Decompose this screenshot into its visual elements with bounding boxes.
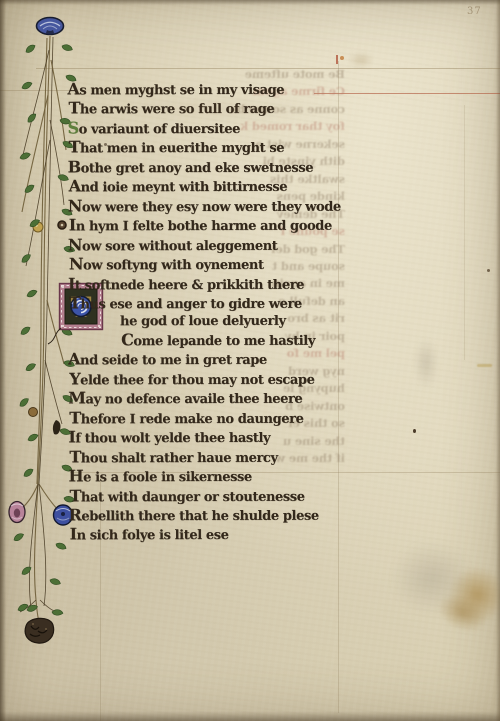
top-blue-flower [37, 18, 64, 35]
left-pink-flower [9, 502, 25, 523]
poem-line: And ioie meynt with bittirnesse [69, 177, 344, 197]
leaf [24, 43, 36, 53]
leaf [19, 325, 31, 335]
page-edge-left [0, 0, 6, 721]
line-capital: N [68, 196, 82, 215]
line-capital: H [68, 466, 83, 485]
red-ruling-tick [336, 55, 338, 64]
speck [413, 429, 416, 433]
leaf [19, 152, 31, 160]
poem-line: Thefore I rede make no daungere [69, 408, 344, 428]
poem-line: Now sore without aleggement [68, 235, 343, 255]
line-capital: A [69, 177, 81, 196]
stem [39, 37, 53, 484]
stain [348, 52, 374, 68]
leaf [61, 43, 73, 53]
leaf [21, 81, 33, 90]
poem-line: Come lepande to me hastily [69, 331, 344, 351]
line-capital: S [67, 118, 78, 137]
leaf [29, 218, 41, 228]
smudge [414, 338, 438, 388]
stem-branch [45, 360, 62, 424]
poem-line: As men myghst se in my visage [67, 80, 342, 100]
poem-line: So variaunt of diuersitee [67, 119, 342, 139]
stem [29, 484, 38, 608]
stem [38, 36, 50, 484]
leaf [26, 604, 38, 612]
page-edge-bottom [0, 711, 500, 721]
line-capital: T [69, 486, 80, 505]
line-capital: B [68, 157, 81, 176]
line-marker-dot-center [61, 224, 64, 227]
stem-branch [22, 95, 48, 212]
ruling-line-top [36, 68, 500, 69]
stain [431, 587, 492, 640]
line-capital: I [68, 274, 75, 293]
poem-line: That men in euerithe myght se [69, 138, 344, 158]
leaf [23, 183, 35, 193]
line-capital: R [69, 505, 82, 524]
line-capital: T [69, 293, 80, 312]
bottom-seed-pod [25, 618, 54, 643]
leaf [20, 565, 32, 575]
stem [39, 484, 46, 606]
line-capital: M [68, 389, 85, 408]
stem-branch [51, 60, 66, 150]
poem-line: he god of loue delyuerly [68, 313, 343, 331]
stem-branch [50, 120, 64, 205]
ruling-line-left-margin [0, 90, 72, 91]
speck [487, 269, 490, 272]
line-capital: I [70, 525, 77, 544]
stem-to-pink-flower [21, 484, 38, 509]
initial-tendril [48, 328, 61, 344]
poem-line: Now softyng with oynement [69, 255, 344, 275]
poem-text-block: As men myghst se in my visageThe arwis w… [67, 80, 343, 546]
poem-line: The arwis were so full of rage [68, 99, 343, 119]
poem-line: Thus ese and anger to gidre were [69, 294, 344, 314]
poem-line: That with daunger or stoutenesse [69, 486, 344, 506]
stem-to-blue-flower [39, 484, 60, 512]
gold-ball-highlight [35, 224, 37, 226]
line-capital: A [68, 350, 80, 369]
line-capital: Y [69, 369, 80, 388]
leaf [18, 397, 30, 408]
stem [40, 600, 54, 611]
leaf [52, 609, 64, 617]
stain [448, 566, 500, 624]
speck [477, 364, 492, 367]
leaf [55, 541, 67, 551]
leaf [49, 577, 61, 587]
stem-branch [26, 140, 50, 266]
leaf [22, 467, 34, 477]
line-capital: N [69, 254, 83, 273]
leaf [27, 433, 39, 442]
poem-line: He is a foole in sikernesse [68, 467, 343, 487]
ruling-line-vertical-far [464, 105, 465, 360]
stem-branch [23, 50, 49, 155]
leaf [13, 532, 25, 542]
poem-line: Rebellith there that he shulde plese [69, 506, 344, 526]
leaf [17, 603, 29, 612]
line-capital: T [69, 408, 80, 427]
poem-line: Yelde thee for thou may not escape [69, 369, 344, 389]
folio-number: 37 [467, 6, 482, 17]
line-capital: I [68, 427, 75, 446]
stem [37, 38, 47, 484]
line-capital: N [68, 235, 82, 254]
leaf [20, 253, 32, 264]
orange-speck [340, 56, 344, 60]
leaf [26, 112, 38, 123]
poem-line: It softnede heere & prikkith there [68, 274, 343, 294]
line-marker-dot [58, 221, 66, 229]
poem-line: If thou wolt yelde thee hastly [68, 428, 343, 448]
line-capital: T [69, 138, 80, 157]
poem-line: In hym I felte bothe harme and goode [69, 216, 344, 236]
stem [20, 600, 36, 612]
manuscript-page: Be mote uftemeCe firme agomconne as soun… [0, 0, 500, 721]
brown-ball [29, 408, 38, 417]
poem-line: In sich folye is litel ese [70, 525, 345, 545]
leaf [26, 289, 38, 298]
dark-bud [53, 420, 61, 435]
line-capital: T [68, 99, 79, 118]
poem-line: Thou shalt rather haue mercy [69, 447, 344, 467]
line-capital: I [69, 216, 76, 235]
smudge [392, 542, 472, 614]
gold-ball [33, 222, 43, 232]
leaf [25, 362, 37, 372]
line-capital: T [69, 447, 80, 466]
poem-line: Now were they esy now were they wode [68, 196, 343, 216]
line-capital: A [67, 79, 79, 98]
stem-to-pod [35, 484, 39, 622]
poem-line: Bothe gret anoy and eke swetnesse [68, 157, 343, 177]
page-edge-right [496, 0, 500, 721]
line-capital: C [121, 330, 133, 349]
poem-line: May no defence availe thee heere [68, 389, 343, 409]
page-edge-top [0, 0, 500, 5]
poem-line: And seide to me in gret rape [68, 350, 343, 370]
